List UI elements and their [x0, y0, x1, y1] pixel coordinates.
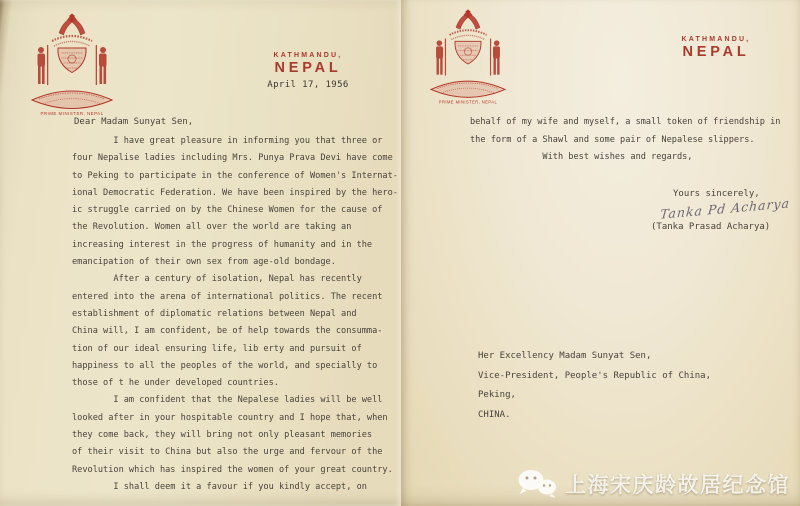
typed-line: four Nepalise ladies including Mrs. Puny…	[72, 150, 398, 167]
typed-line: I am confident that the Nepalese ladies …	[72, 392, 398, 409]
letter-body-page1: I have great pleasure in informing you t…	[72, 133, 398, 496]
typed-line: tion of our ideal ensuring life, lib ert…	[72, 341, 398, 358]
typed-line: of their visit to China but also the urg…	[72, 444, 398, 461]
typed-line: emancipation of their own sex from age-o…	[72, 254, 398, 271]
typed-line: the Revolution. Women all over the world…	[72, 219, 398, 236]
typed-line: establishment of diplomatic relations be…	[72, 306, 398, 323]
typed-line: I shall deem it a favour if you kindly a…	[72, 479, 398, 496]
address-line: Vice-President, People's Republic of Chi…	[478, 367, 711, 387]
letter-body-page2: behalf of my wife and myself, a small to…	[470, 114, 780, 167]
typed-line: After a century of isolation, Nepal has …	[72, 271, 398, 288]
typed-line: happiness to all the peoples of the worl…	[72, 358, 398, 375]
typed-line: the form of a Shawl and some pair of Nep…	[470, 132, 780, 150]
nepal-crest-icon: PRIME MINISTER, NEPAL	[28, 12, 116, 120]
recipient-address: Her Excellency Madam Sunyat Sen,Vice-Pre…	[478, 347, 711, 425]
typed-line: ional Democratic Federation. We have bee…	[72, 185, 398, 202]
address-line: CHINA.	[478, 406, 711, 426]
typed-line: With best wishes and regards,	[470, 149, 780, 167]
letter-page-1: PRIME MINISTER, NEPAL KATHMANDU, NEPAL A…	[0, 0, 401, 506]
crest-caption: PRIME MINISTER, NEPAL	[40, 111, 103, 116]
watermark: 上海宋庆龄故居纪念馆	[517, 468, 790, 500]
letterhead-page1: KATHMANDU, NEPAL April 17, 1956	[250, 52, 366, 90]
typed-line: ic struggle carried on by the Chinese Wo…	[72, 202, 398, 219]
signature-typed-name: (Tanka Prasad Acharya)	[651, 222, 770, 232]
typed-line: Revolution which has inspired the women …	[72, 462, 398, 479]
typed-line: China will, I am confident, be of help t…	[72, 323, 398, 340]
typed-line: behalf of my wife and myself, a small to…	[470, 114, 780, 132]
wechat-icon	[517, 468, 557, 500]
address-line: Peking,	[478, 386, 711, 406]
typed-line: to Peking to participate in the conferen…	[72, 168, 398, 185]
letterhead-country: NEPAL	[658, 44, 774, 60]
watermark-text: 上海宋庆龄故居纪念馆	[565, 469, 790, 499]
letterhead-city: KATHMANDU,	[250, 52, 366, 59]
letterhead-page2: KATHMANDU, NEPAL	[658, 36, 774, 60]
typed-line: those of t he under developed countries.	[72, 375, 398, 392]
letterhead-city: KATHMANDU,	[658, 36, 774, 43]
closing-line: Yours sincerely,	[673, 189, 760, 199]
address-line: Her Excellency Madam Sunyat Sen,	[478, 347, 711, 367]
salutation: Dear Madam Sunyat Sen,	[74, 117, 193, 127]
letter-page-2: PRIME MINISTER, NEPAL	[401, 0, 800, 506]
letter-date: April 17, 1956	[250, 80, 366, 90]
letter-scan: PRIME MINISTER, NEPAL KATHMANDU, NEPAL A…	[0, 0, 800, 506]
typed-line: they come back, they will bring not only…	[72, 427, 398, 444]
typed-line: increasing interest in the progress of h…	[72, 237, 398, 254]
typed-line: looked after in your hospitable country …	[72, 410, 398, 427]
crest-caption: PRIME MINISTER, NEPAL	[439, 99, 498, 104]
typed-line: I have great pleasure in informing you t…	[72, 133, 398, 150]
nepal-crest-icon: PRIME MINISTER, NEPAL	[424, 8, 512, 108]
letterhead-country: NEPAL	[250, 60, 366, 76]
typed-line: entered into the arena of international …	[72, 289, 398, 306]
